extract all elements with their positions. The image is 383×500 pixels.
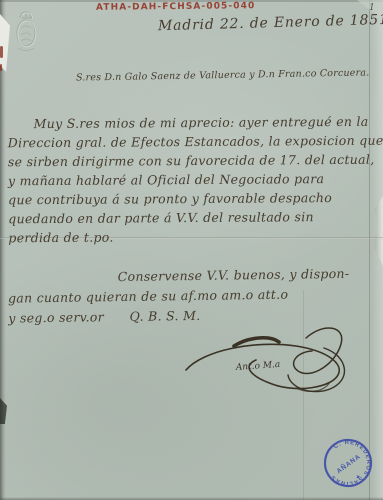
body-line: perdida de t.po. <box>8 226 380 248</box>
letter-salutation: S.res D.n Galo Saenz de Valluerca y D.n … <box>76 67 370 83</box>
stamp-center-text: AÑANA <box>334 452 362 476</box>
letter-dateline: Madrid 22. de Enero de 1851. <box>158 12 383 35</box>
signature-rubric: Ant.o M.a <box>178 318 358 400</box>
signature-name: Ant.o M.a <box>235 360 281 373</box>
body-line: quedando en dar parte á V.V. del resulta… <box>8 207 380 229</box>
red-edge-mark <box>0 46 3 58</box>
scanned-letter-page: ATHA-DAH-FCHSA-005-040 1 Madrid 22. de E… <box>0 0 383 500</box>
red-edge-mark <box>0 64 2 71</box>
embossed-crown-seal-icon <box>8 8 44 56</box>
archival-reference-code: ATHA-DAH-FCHSA-005-040 <box>96 1 255 13</box>
body-line: se sirben dirigirme con su favorecida de… <box>8 150 380 172</box>
body-line: Muy S.res mios de mi aprecio: ayer entre… <box>8 112 380 134</box>
letter-body: Muy S.res mios de mi aprecio: ayer entre… <box>8 112 381 248</box>
body-line: Direccion gral. de Efectos Estancados, l… <box>8 131 380 153</box>
left-torn-edge <box>0 0 6 500</box>
body-line: y mañana hablaré al Oficial del Negociad… <box>8 169 380 191</box>
body-line: que contribuya á su pronto y favorable d… <box>8 188 380 210</box>
